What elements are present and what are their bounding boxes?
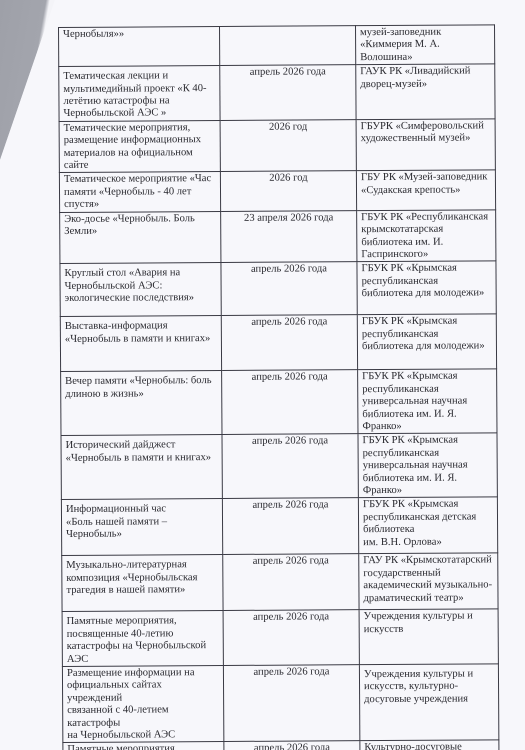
table-row: Выставка-информация «Чернобыль в памяти … [60, 314, 496, 372]
table-row: Памятные мероприятия, посвященные 40-лет… [62, 609, 498, 666]
date-text: апрель 2026 года [226, 317, 353, 330]
table-row: Музыкально-литературная композиция «Черн… [62, 553, 498, 612]
event-cell: Чернобыля»» [59, 27, 220, 67]
event-text: Тематические мероприятия, размещение инф… [64, 122, 216, 173]
table-row: Вечер памяти «Чернобыль: боль длиною в ж… [61, 369, 497, 436]
event-cell: Эко-досье «Чернобыль. Боль Земли» [60, 211, 221, 264]
organizer-text: ГБУК РК «Крымская республиканская универ… [363, 435, 493, 498]
table-row: Круглый стол «Авария на Чернобыльской АЭ… [60, 261, 496, 317]
date-cell: 2026 год [220, 171, 356, 211]
event-text: Информационный час «Боль нашей памяти – … [66, 503, 218, 541]
date-cell: апрель 2026 года [223, 610, 359, 665]
organizer-text: ГБУ РК «Музей-заповедник «Судакская креп… [361, 172, 491, 198]
events-table: Чернобыля»» музей-заповедник «Киммерия М… [58, 24, 499, 750]
table-row: Размещение информации на официальных сай… [62, 664, 498, 743]
organizer-cell: ГБУК РК «Крымская республиканская детска… [358, 497, 497, 554]
event-text: Круглый стол «Авария на Чернобыльской АЭ… [64, 267, 216, 305]
date-cell: апрель 2026 года [221, 262, 357, 316]
event-cell: Памятные мероприятия, посвященные 40-лет… [62, 611, 223, 667]
organizer-cell: ГБУ РК «Музей-заповедник «Судакская креп… [356, 170, 495, 210]
table-row: Тематические мероприятия, размещение инф… [59, 119, 495, 173]
date-cell: апрель 2026 года [220, 65, 356, 120]
date-text: 2026 год [225, 121, 352, 134]
date-cell: апрель 2026 года [221, 315, 357, 371]
date-text: апрель 2026 года [227, 436, 354, 449]
event-cell: Тематические мероприятия, размещение инф… [59, 120, 220, 173]
organizer-cell: ГБУК РК «Крымская республиканская универ… [358, 369, 497, 434]
organizer-text: ГБУК РК «Крымская республиканская универ… [362, 371, 492, 434]
table-row: Тематическое мероприятие «Час памяти «Че… [59, 170, 495, 212]
table-row: Чернобыля»» музей-заповедник «Киммерия М… [59, 25, 495, 67]
event-cell: Памятные мероприятия, [63, 742, 224, 750]
organizer-cell: музей-заповедник «Киммерия М. А. Волошин… [355, 25, 494, 65]
organizer-cell: ГБУК РК «Крымская республиканская библио… [357, 261, 496, 315]
date-text: апрель 2026 года [228, 612, 355, 625]
organizer-cell: ГБУК РК «Крымская республиканская библио… [357, 314, 496, 370]
event-cell: Информационный час «Боль нашей памяти – … [61, 499, 222, 556]
date-text: 23 апреля 2026 года [225, 212, 352, 225]
date-cell: апрель 2026 года [224, 741, 360, 750]
event-cell: Выставка-информация «Чернобыль в памяти … [60, 316, 221, 372]
organizer-text: ГБУРК «Симферовольский художественный му… [361, 120, 491, 146]
date-text: апрель 2026 года [228, 743, 355, 750]
organizer-text: ГБУК РК «Крымская республиканская библио… [361, 263, 491, 301]
organizer-text: ГАУ РК «Крымскотатарский государственный… [363, 555, 493, 605]
table-row: Тематическая лекции и мультимедийный про… [59, 64, 495, 121]
organizer-text: ГБУК РК «Крымская республиканская детска… [363, 499, 493, 549]
event-cell: Круглый стол «Авария на Чернобыльской АЭ… [60, 263, 221, 317]
organizer-cell: ГБУК РК «Крымская республиканская универ… [358, 433, 497, 498]
organizer-cell: ГАУ РК «Крымскотатарский государственный… [359, 553, 498, 610]
date-cell: 2026 год [220, 120, 356, 172]
event-text: Выставка-информация «Чернобыль в памяти … [65, 320, 217, 346]
date-text: апрель 2026 года [224, 66, 351, 79]
event-text: Исторический дайджест «Чернобыль в памят… [66, 439, 218, 465]
event-text: Тематическая лекции и мультимедийный про… [63, 70, 215, 121]
date-text: апрель 2026 года [225, 264, 352, 277]
event-text: Размещение информации на официальных сай… [67, 667, 219, 742]
date-cell: апрель 2026 года [223, 554, 359, 611]
date-text: 2026 год [225, 173, 352, 186]
event-text: Вечер памяти «Чернобыль: боль длиною в ж… [65, 375, 217, 401]
date-text: апрель 2026 года [228, 666, 355, 679]
organizer-cell: ГБУК РК «Республиканская крымскотатарска… [357, 210, 496, 262]
organizer-cell: Учреждения культуры и искусств [359, 609, 498, 664]
event-text: Чернобыля»» [63, 28, 215, 41]
date-text [224, 27, 351, 28]
organizer-cell: Культурно-досуговые [360, 740, 499, 750]
date-text: апрель 2026 года [226, 372, 353, 385]
event-text: Памятные мероприятия, [67, 743, 219, 750]
organizer-text: Учреждения культуры и искусств, культурн… [364, 668, 494, 706]
date-cell [220, 26, 356, 66]
event-cell: Размещение информации на официальных сай… [62, 666, 223, 743]
organizer-text: ГАУК РК «Ливадийский дворец-музей» [360, 66, 490, 92]
event-text: Тематическое мероприятие «Час памяти «Че… [64, 174, 216, 212]
organizer-cell: Учреждения культуры и искусств, культурн… [359, 664, 498, 741]
date-cell: апрель 2026 года [222, 498, 358, 555]
table-row: Эко-досье «Чернобыль. Боль Земли» 23 апр… [60, 210, 496, 264]
event-text: Музыкально-литературная композиция «Черн… [66, 559, 218, 597]
event-cell: Музыкально-литературная композиция «Черн… [62, 555, 223, 612]
organizer-cell: ГБУРК «Симферовольский художественный му… [356, 119, 495, 171]
date-cell: апрель 2026 года [222, 434, 358, 499]
organizer-text: Учреждения культуры и искусств [364, 611, 494, 637]
organizer-text: ГБУК РК «Крымская республиканская библио… [362, 316, 492, 354]
event-cell: Исторический дайджест «Чернобыль в памят… [61, 435, 222, 500]
event-cell: Тематическое мероприятие «Час памяти «Че… [59, 172, 220, 212]
organizer-text: Культурно-досуговые [364, 742, 494, 750]
event-cell: Вечер памяти «Чернобыль: боль длиною в ж… [61, 371, 222, 436]
organizer-text: ГБУК РК «Республиканская крымскотатарска… [361, 211, 491, 261]
date-cell: апрель 2026 года [222, 370, 358, 435]
organizer-text: музей-заповедник «Киммерия М. А. Волошин… [360, 26, 490, 64]
event-cell: Тематическая лекции и мультимедийный про… [59, 66, 220, 122]
event-text: Эко-досье «Чернобыль. Боль Земли» [64, 213, 216, 239]
date-cell: 23 апреля 2026 года [221, 210, 357, 262]
date-cell: апрель 2026 года [223, 665, 359, 742]
date-text: апрель 2026 года [227, 500, 354, 513]
table-row: Информационный час «Боль нашей памяти – … [61, 497, 497, 556]
date-text: апрель 2026 года [227, 556, 354, 569]
event-text: Памятные мероприятия, посвященные 40-лет… [67, 615, 219, 666]
organizer-cell: ГАУК РК «Ливадийский дворец-музей» [356, 64, 495, 119]
table-row: Исторический дайджест «Чернобыль в памят… [61, 433, 497, 500]
